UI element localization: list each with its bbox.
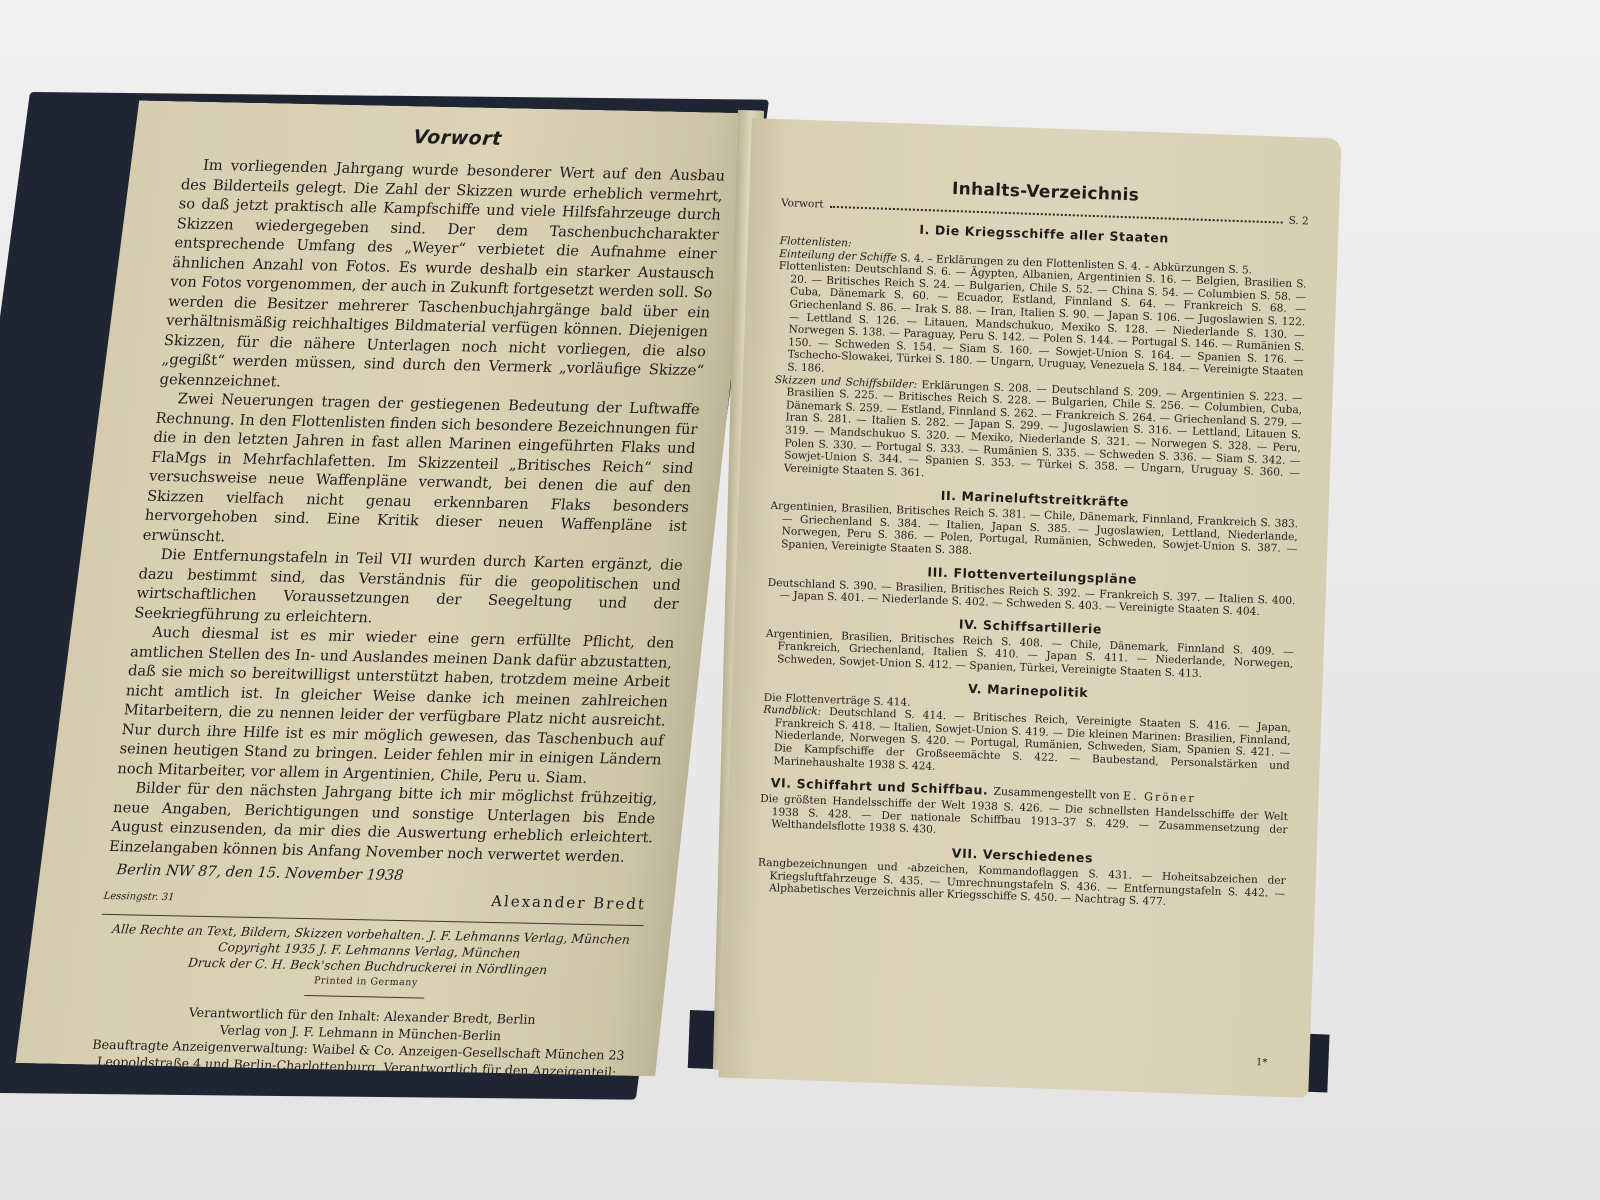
- paragraph: Die Entfernungstafeln in Teil VII wurden…: [133, 545, 683, 634]
- toc-entry: Flottenlisten: Deutschland S. 6. — Ägypt…: [775, 260, 1307, 392]
- paragraph: Bilder für den nächsten Jahrgang bitte i…: [108, 778, 658, 867]
- paragraph: Zwei Neuerungen tragen der gestiegenen B…: [142, 389, 701, 556]
- imprint: Alle Rechte an Text, Bildern, Skizzen vo…: [94, 921, 643, 996]
- signature-block: Berlin NW 87, den 15. November 1938 Less…: [103, 862, 649, 913]
- toc-entry-page: S. 2: [1288, 215, 1309, 228]
- toc-entry: Skizzen und Schiffsbilder: Erklärungen S…: [772, 373, 1303, 492]
- toc-entry-label: Vorwort: [781, 197, 824, 210]
- right-page: Inhalts-Verzeichnis Vorwort S. 2 I. Die …: [718, 118, 1341, 1098]
- paragraph: Auch diesmal ist es mir wieder eine gern…: [116, 622, 675, 789]
- left-page: Vorwort Im vorliegenden Jahrgang wurde b…: [15, 100, 759, 1076]
- page-title: Vorwort: [185, 121, 729, 154]
- foreword-text: Im vorliegenden Jahrgang wurde besondere…: [108, 155, 726, 867]
- author-name: Alexander Bredt: [490, 892, 647, 913]
- photo-background: Vorwort Im vorliegenden Jahrgang wurde b…: [0, 0, 1600, 1200]
- divider-short: [304, 995, 424, 999]
- street-address: Lessingstr. 31: [103, 891, 175, 903]
- signature-mark: 1*: [1256, 1057, 1268, 1068]
- paragraph: Im vorliegenden Jahrgang wurde besondere…: [159, 155, 726, 400]
